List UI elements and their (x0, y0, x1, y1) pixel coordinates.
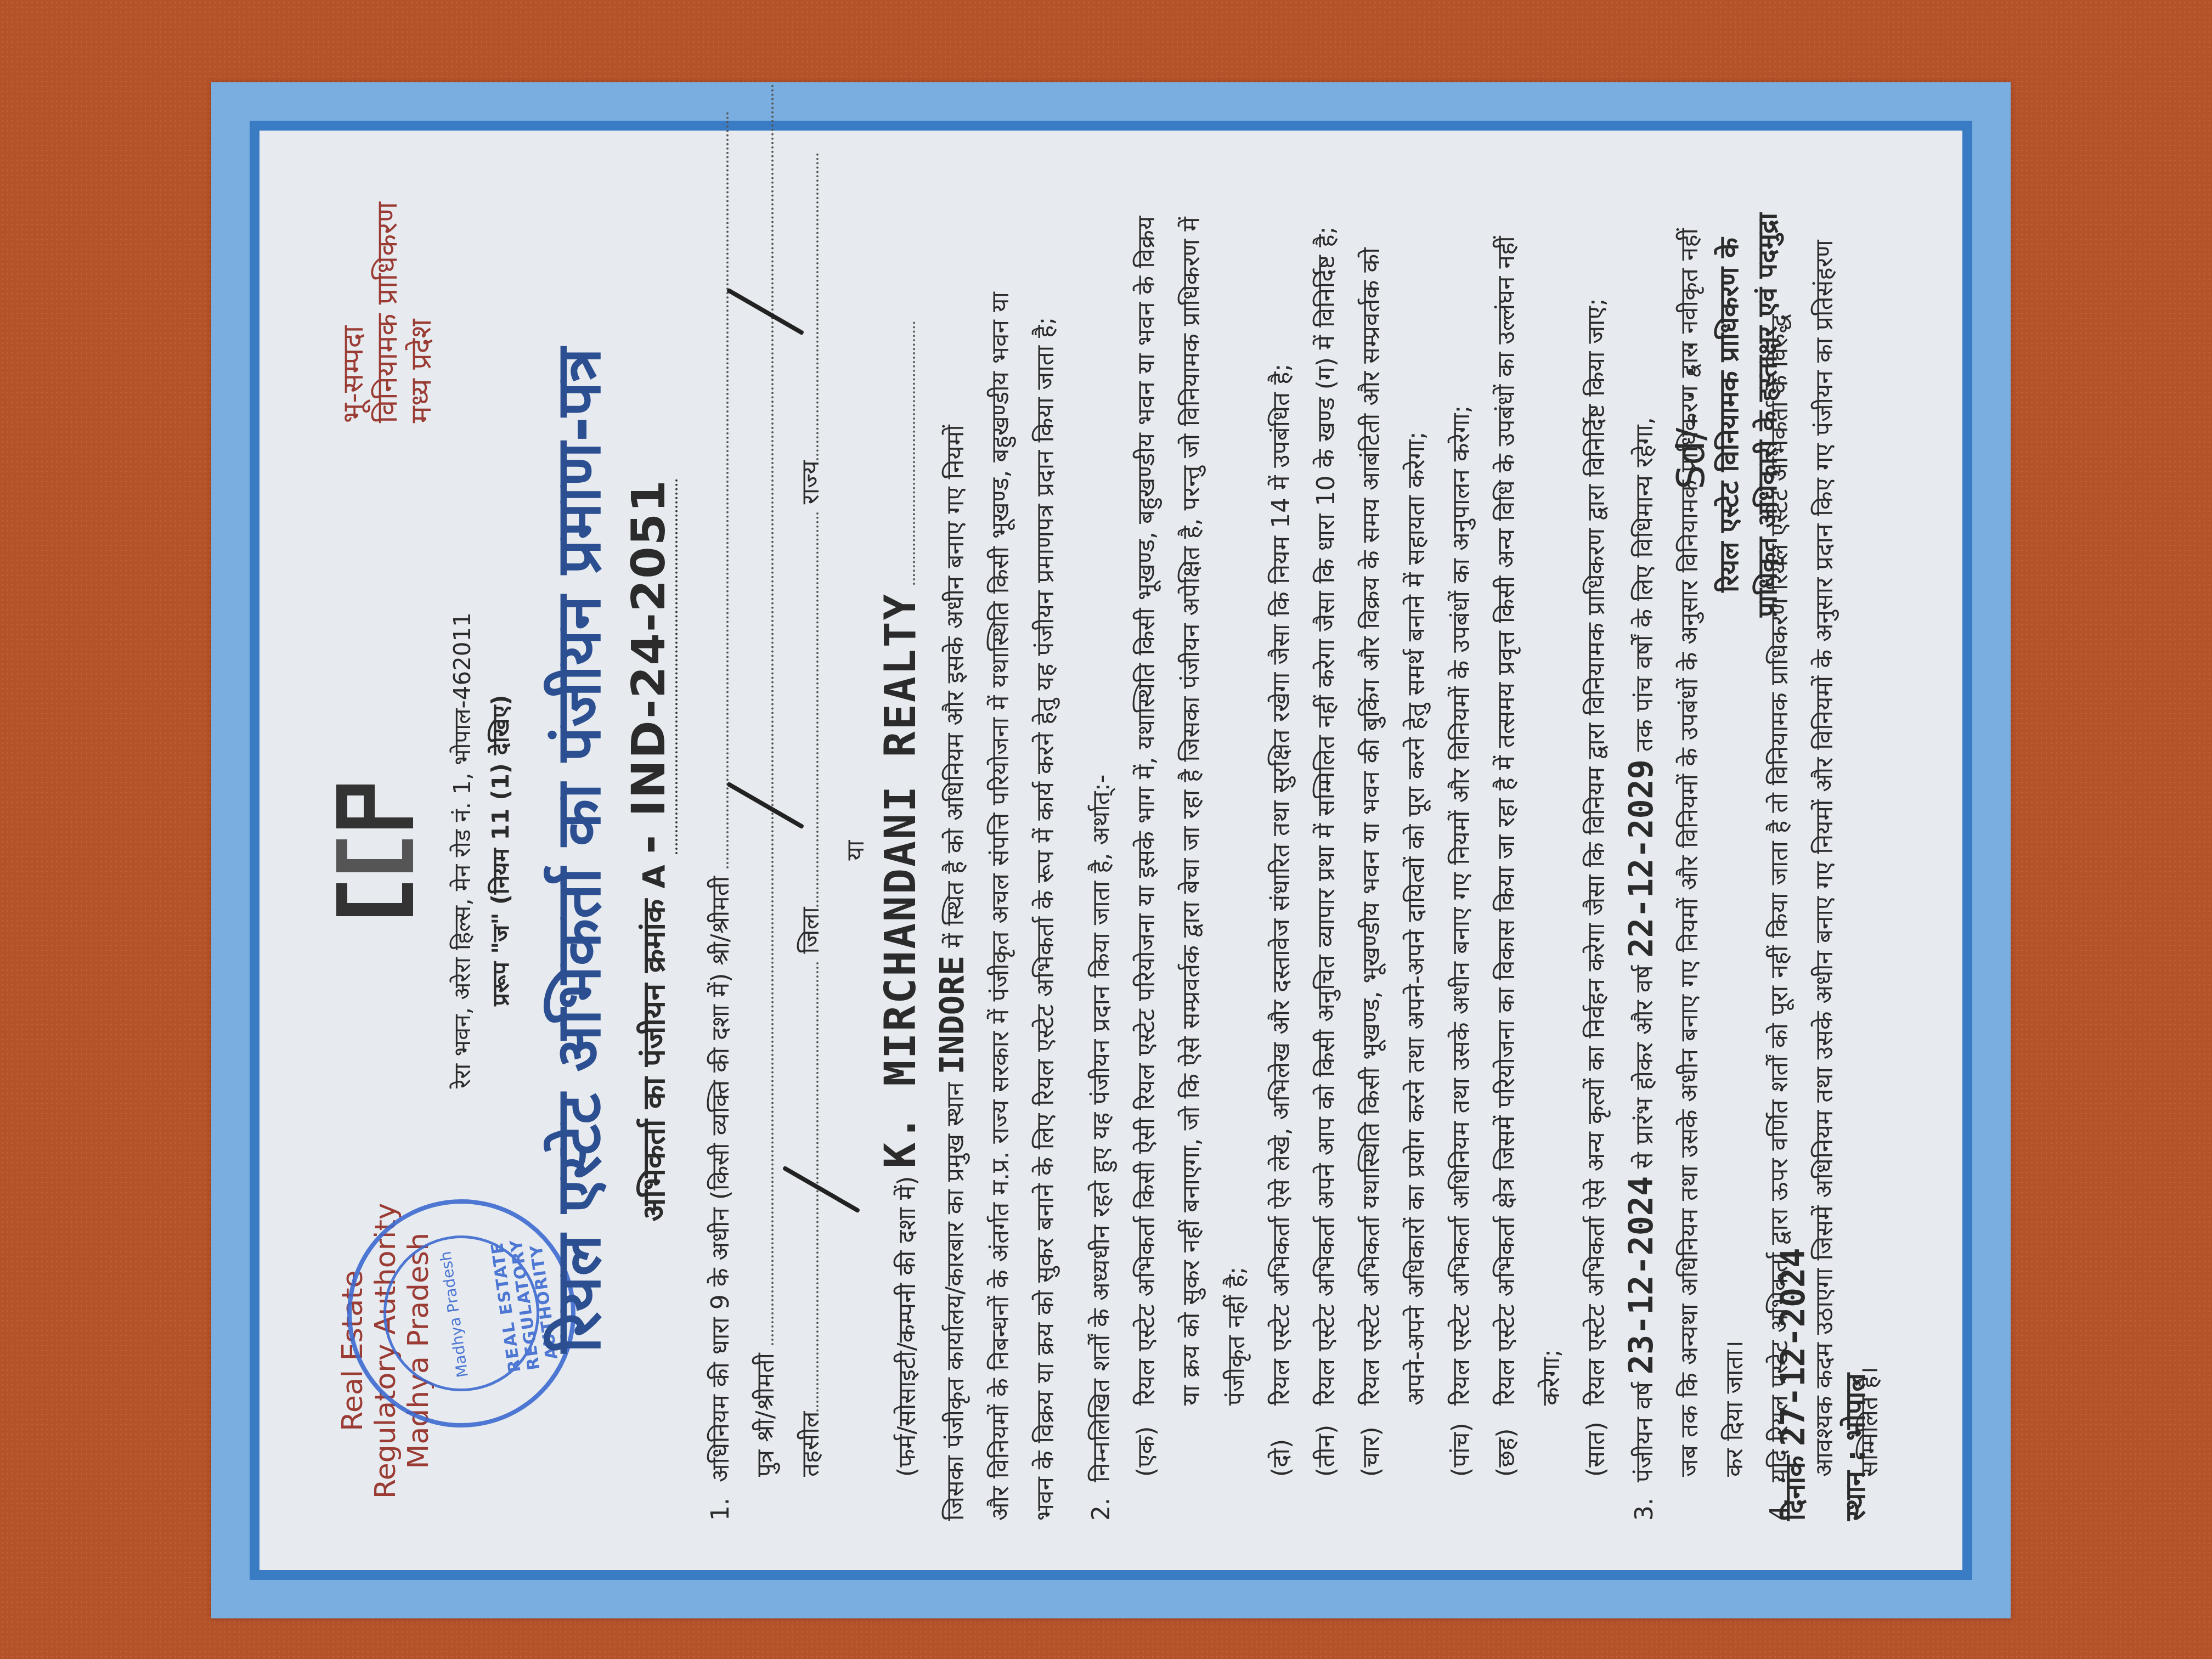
certificate-footer: दिनांक 27-12-2024 स्थान : भोपाल (1763, 1248, 1886, 1521)
brand-hindi: भू-सम्पदा विनियामक प्राधिकरण मध्य प्रदेश (336, 202, 438, 423)
para-1-line-1: 1. अधिनियम की धारा 9 के अधीन (किसी व्यक्… (698, 180, 743, 1521)
place-value: INDORE (933, 956, 972, 1075)
rera-logo-icon (314, 774, 435, 927)
condition-item: (चार)रियल एस्टेट अभिकर्ता यथास्थिति किसी… (1349, 180, 1439, 1477)
signature-mark: Sd/- · · · (1672, 213, 1710, 617)
office-address: रेरा भवन, अरेरा हिल्स, मेन रोड नं. 1, भो… (446, 180, 477, 1521)
condition-item: (तीन)रियल एस्टेट अभिकर्ता अपने आप को किस… (1304, 180, 1349, 1477)
condition-item: (पांच)रियल एस्टेट अभिकर्ता अधिनियम तथा उ… (1439, 180, 1484, 1477)
condition-item: (सात)रियल एस्टेट अभिकर्ता ऐसे अन्य कृत्य… (1574, 180, 1619, 1477)
condition-item: (छह)रियल एस्टेट अभिकर्ता क्षेत्र जिसमें … (1484, 180, 1574, 1477)
issue-date: 27-12-2024 (1774, 1248, 1813, 1446)
para-2-intro: 2. निम्नलिखित शर्तों के अध्यधीन रहते हुए… (1079, 180, 1124, 1521)
or-separator: या (833, 180, 878, 1521)
firm-line: (फर्म/सोसाइटी/कम्पनी की दशा में) K. MIRC… (878, 180, 930, 1521)
place-line: जिसका पंजीकृत कार्यालय/कारबार का प्रमुख … (930, 180, 978, 1521)
condition-item: (दो)रियल एस्टेट अभिकर्ता ऐसे लेखे, अभिले… (1259, 180, 1304, 1477)
valid-to-date: 22-12-2029 (1622, 759, 1661, 957)
para-1-line-3: तहसील जिला राज्य (788, 180, 833, 1521)
authorized-signature-block: Sd/- · · · रियल एस्टेट विनियामक प्राधिकर… (1672, 213, 1787, 617)
registration-number-value: - IND-24-2051 (622, 479, 678, 854)
valid-from-date: 23-12-2024 (1622, 1176, 1661, 1374)
condition-list: (एक)रियल एस्टेट अभिकर्ता किसी ऐसी रियल ए… (1124, 180, 1619, 1521)
firm-name: K. MIRCHANDANI REALTY (876, 592, 926, 1168)
certificate-title: रियल एस्टेट अभिकर्ता का पंजीयन प्रमाण-पत… (534, 180, 618, 1521)
certificate-header: Real Estate Regulatory Authority Madhya … (303, 180, 698, 1521)
para-1-line-2: पुत्र श्री/श्रीमती (743, 180, 788, 1521)
para-3-validity: 3. पंजीयन वर्ष 23-12-2024 से प्रारंभ होक… (1619, 180, 1667, 1521)
certificate-sheet: Real Estate Regulatory Authority Madhya … (211, 82, 2011, 1618)
form-reference: प्ररूप "ज" (नियम 11 (1) देखिए) (484, 180, 516, 1521)
issue-place: स्थान : भोपाल (1825, 1248, 1886, 1521)
registration-number: अभिकर्ता का पंजीयन क्रमांक A - IND-24-20… (622, 180, 675, 1521)
condition-item: (एक)रियल एस्टेट अभिकर्ता किसी ऐसी रियल ए… (1124, 180, 1259, 1477)
sheet-inner-frame: Real Estate Regulatory Authority Madhya … (250, 121, 1972, 1580)
